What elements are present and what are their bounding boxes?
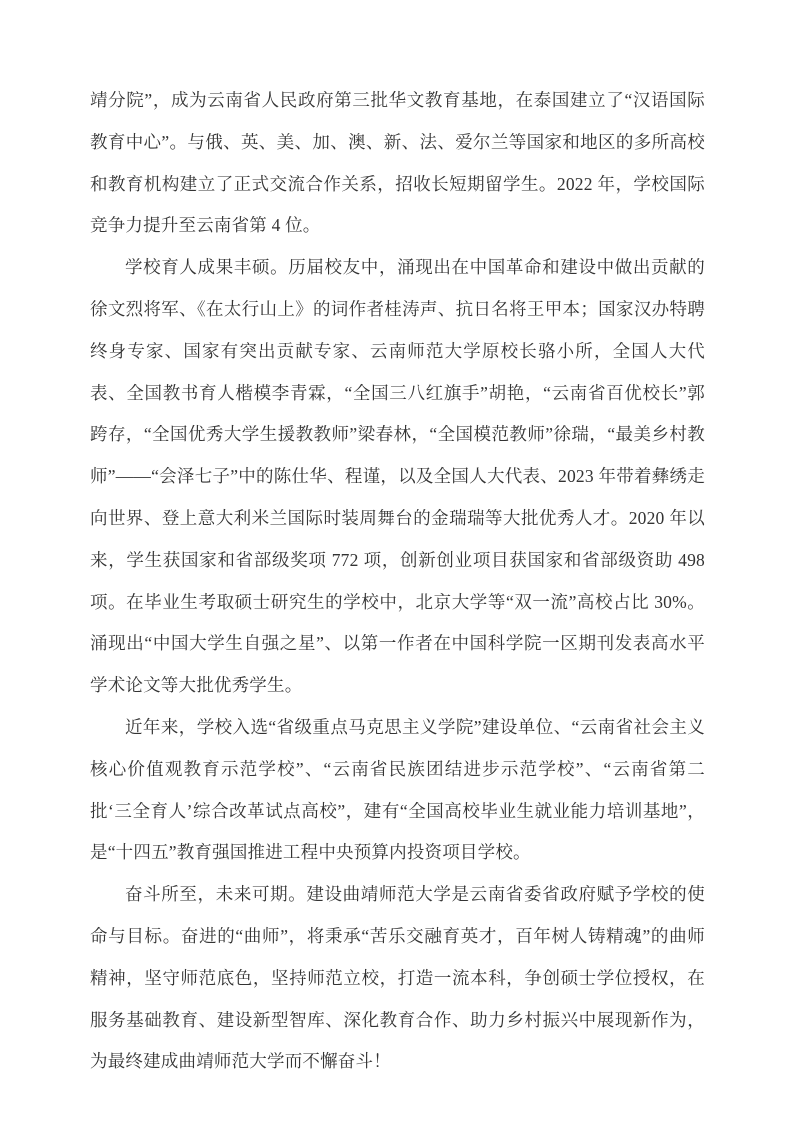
- paragraph-alumni-achievements: 学校育人成果丰硕。历届校友中，涌现出在中国革命和建设中做出贡献的徐文烈将军、《在…: [90, 247, 705, 707]
- document-page: 靖分院”，成为云南省人民政府第三批华文教育基地，在泰国建立了“汉语国际教育中心”…: [0, 0, 794, 1123]
- paragraph-school-honors: 近年来，学校入选“省级重点马克思主义学院”建设单位、“云南省社会主义核心价值观教…: [90, 707, 705, 874]
- paragraph-future-vision: 奋斗所至，未来可期。建设曲靖师范大学是云南省委省政府赋予学校的使命与目标。奋进的…: [90, 874, 705, 1083]
- paragraph-international-cooperation: 靖分院”，成为云南省人民政府第三批华文教育基地，在泰国建立了“汉语国际教育中心”…: [90, 80, 705, 247]
